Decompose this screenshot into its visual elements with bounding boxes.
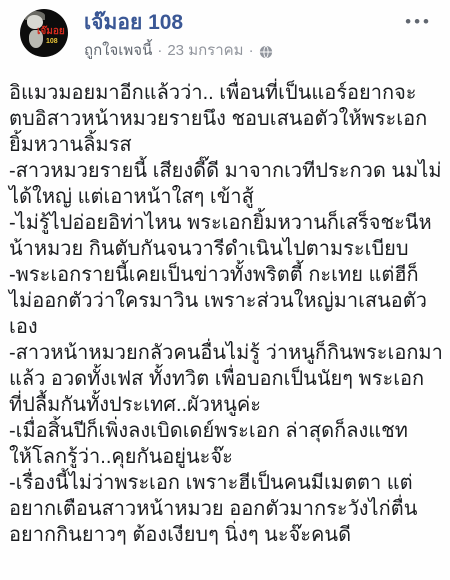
- post-text-line: -สาวหมวยรายนี้ เสียงดี๊ดี มาจากเวทีประกว…: [9, 158, 442, 184]
- post-text-line: -พระเอกรายนี้เคยเป็นข่าวทั้งพริตตี้ กะเท…: [9, 262, 442, 288]
- meta-separator: ·: [249, 42, 254, 60]
- post-text-line: -เมื่อสิ้นปีก็เพิ่งลงเบิดเดย์พระเอก ล่าส…: [9, 418, 442, 444]
- page-name-link[interactable]: เจ๊มอย 108: [84, 10, 390, 36]
- page-like-status-link[interactable]: ถูกใจเพจนี้: [84, 42, 152, 60]
- post-text-line: ยิ้มหวานลิ้มรส: [9, 132, 442, 158]
- post-meta-row: ถูกใจเพจนี้ · 23 มกราคม ·: [84, 42, 390, 60]
- post-text-line: -เรื่องนี้ไม่ว่าพระเอก เพราะฮีเป็นคนมีเม…: [9, 470, 442, 496]
- post-text-line: อิแมวมอยมาอีกแล้วว่า.. เพื่อนที่เป็นแอร์…: [9, 80, 442, 106]
- post-date-link[interactable]: 23 มกราคม: [167, 42, 243, 60]
- ellipsis-icon: •••: [405, 12, 432, 31]
- more-options-button[interactable]: •••: [405, 12, 432, 32]
- post-text-line: ตบอิสาวหน้าหมวยรายนึง ชอบเสนอตัวให้พระเอ…: [9, 106, 442, 132]
- post-text-line: แล้ว อวดทั้งเฟส ทั้งทวิต เพื่อบอกเป็นนัย…: [9, 366, 442, 392]
- meta-separator: ·: [157, 42, 162, 60]
- post-text-line: -ไม่รู้ไปอ่อยอิท่าไหน พระเอกยิ้มหวานก็เส…: [9, 210, 442, 236]
- post-header-text: เจ๊มอย 108 ถูกใจเพจนี้ · 23 มกราคม ·: [84, 10, 390, 60]
- avatar-logo-text: เจ๊มอย: [37, 27, 65, 37]
- post-text-line: -สาวหน้าหมวยกลัวคนอื่นไม่รู้ ว่าหนูก็กิน…: [9, 340, 442, 366]
- facebook-post: เจ๊มอย 108 เจ๊มอย 108 ถูกใจเพจนี้ · 23 ม…: [0, 0, 450, 580]
- post-text-line: อยากเตือนสาวหน้าหมวย ออกตัวมากระวังไก่ตื…: [9, 496, 442, 522]
- post-text: อิแมวมอยมาอีกแล้วว่า.. เพื่อนที่เป็นแอร์…: [0, 78, 450, 548]
- privacy-globe-icon: [259, 45, 273, 59]
- post-text-line: ที่ปลื้มกันทั้งประเทศ..ผัวหนูค่ะ: [9, 392, 442, 418]
- post-text-line: ได้ใหญ่ แต่เอาหน้าใสๆ เข้าสู้: [9, 184, 442, 210]
- post-text-line: อยากกินยาวๆ ต้องเงียบๆ นิ่งๆ นะจ๊ะคนดี: [9, 522, 442, 548]
- post-header: เจ๊มอย 108 เจ๊มอย 108 ถูกใจเพจนี้ · 23 ม…: [0, 0, 450, 78]
- post-text-line: ไม่ออกตัวว่าใครมาวิน เพราะส่วนใหญ่มาเสนอ…: [9, 288, 442, 314]
- post-text-line: เอง: [9, 314, 442, 340]
- page-avatar[interactable]: เจ๊มอย 108: [20, 9, 68, 57]
- post-text-line: น้าหมวย กินตับกันจนวารีดำเนินไปตามระเบีย…: [9, 236, 442, 262]
- avatar-logo-number: 108: [46, 38, 58, 45]
- post-text-line: ให้โลกรู้ว่า..คุยกันอยู่นะจ๊ะ: [9, 444, 442, 470]
